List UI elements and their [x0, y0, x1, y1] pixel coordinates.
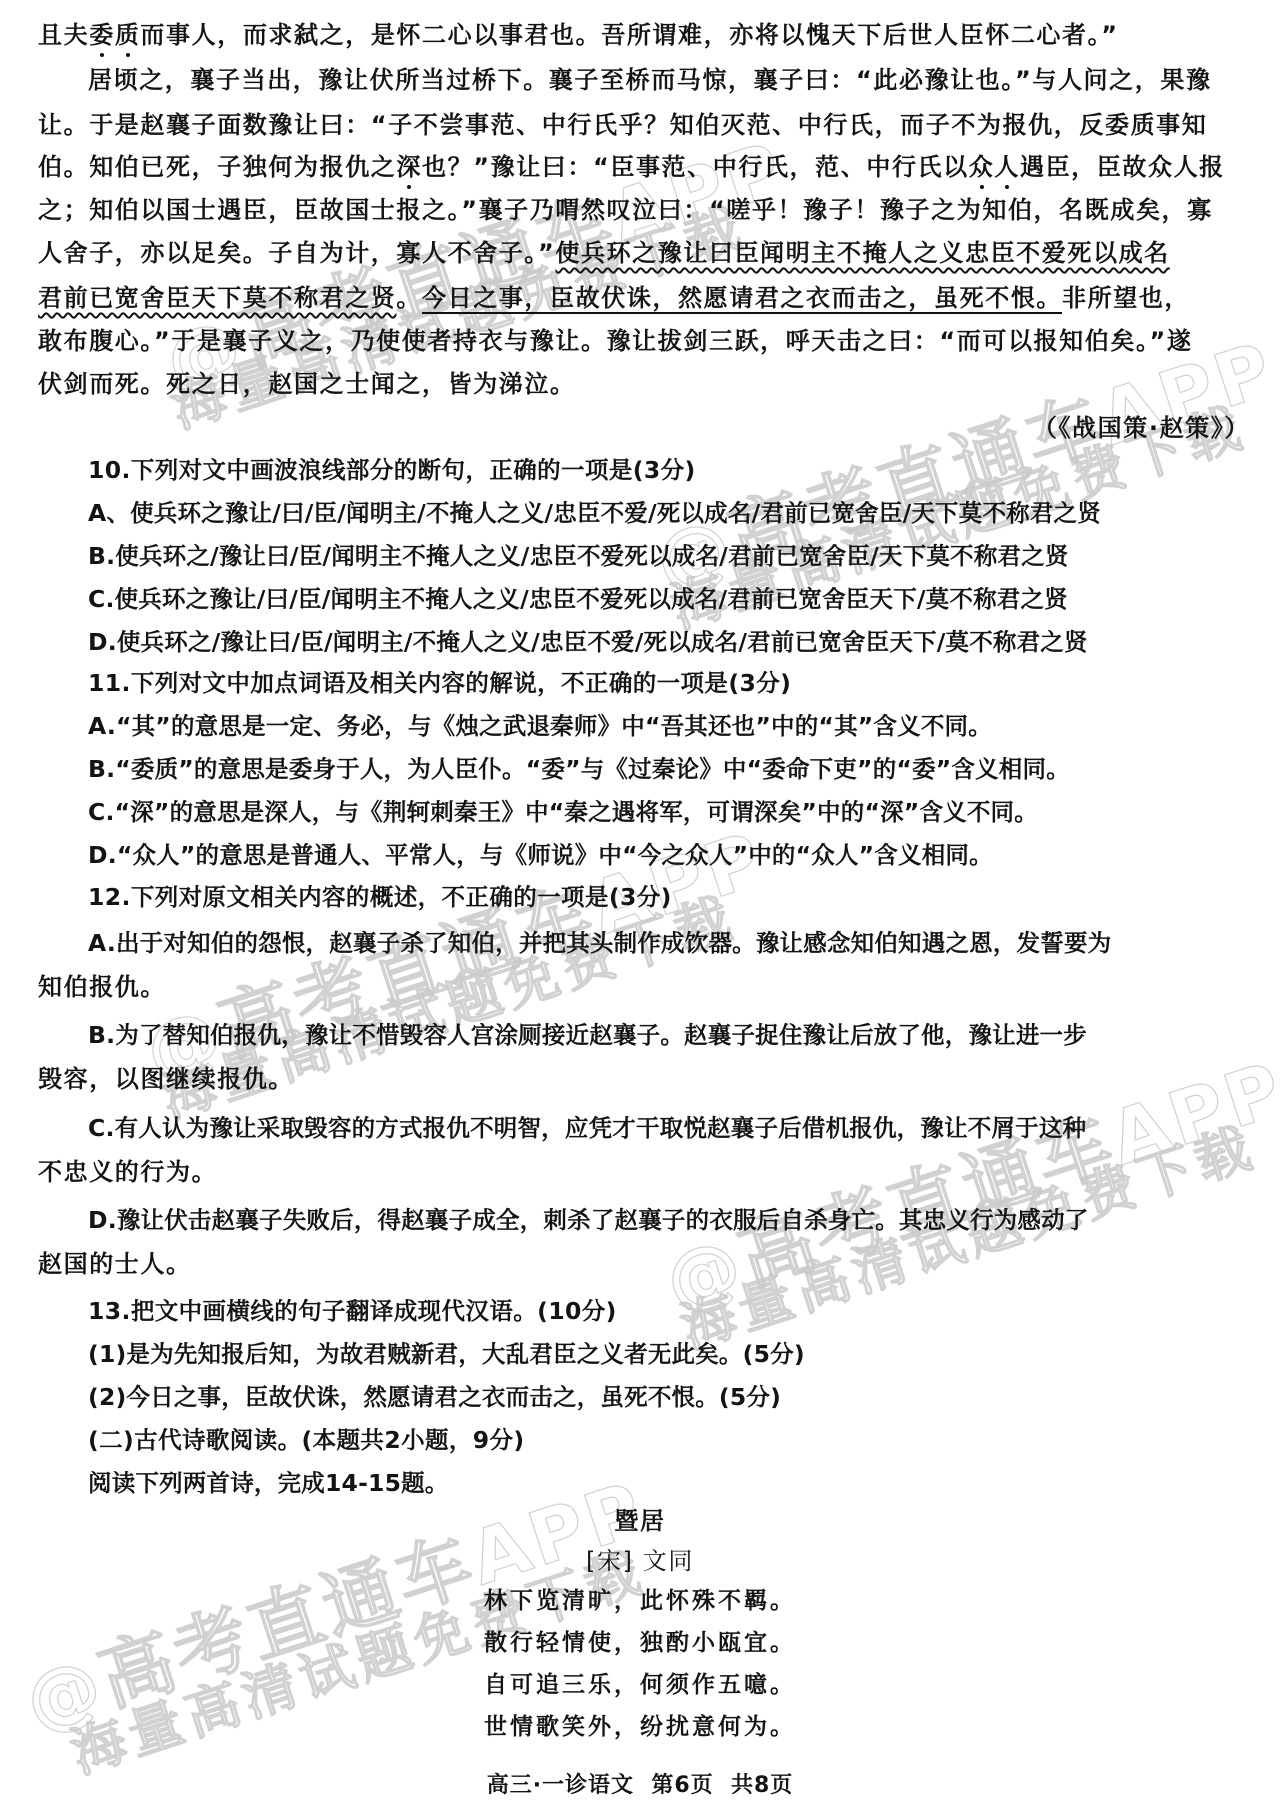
poem-line: 自可追三乐，何须作五噫。	[0, 1670, 1280, 1700]
straight-underlined-text: 今日之事，臣故伏诛，然愿请君之衣而击之，虽死不恨。	[422, 284, 1062, 312]
question-10-option-c: C.使兵环之豫让/曰/臣/闻明主不掩人之义/忠臣不爱死以成名/君前已宽舍臣天下/…	[88, 584, 1280, 614]
question-12-option-d: D.豫让伏击赵襄子失败后，得赵襄子成全，刺杀了赵襄子的衣服后自杀身亡。其忠义行为…	[88, 1205, 1280, 1235]
question-12-option-b: B.为了替知伯报仇，豫让不惜毁容人宫涂厕接近赵襄子。赵襄子捉住豫让后放了他，豫让…	[88, 1020, 1280, 1050]
poem-line: 散行轻情使，独酌小瓯宜。	[0, 1628, 1280, 1658]
passage-line: 伯。知伯已死，子独何为报仇之深也？”豫让曰：“臣事范、中行氏，范、中行氏以众人遇…	[38, 152, 1250, 182]
passage-line: 且夫委质而事人，而求弑之，是怀二心以事君也。吾所谓难，亦将以愧天下后世人臣怀二心…	[38, 20, 1250, 50]
emphasis-dot-char: 人	[994, 153, 1020, 181]
poem-title: 暨居	[0, 1506, 1280, 1536]
emphasis-dot-char: 众	[969, 153, 995, 181]
question-12-option-d-cont: 赵国的士人。	[38, 1249, 1250, 1279]
question-13-item-2: (2)今日之事，臣故伏诛，然愿请君之衣而击之，虽死不恨。(5分)	[88, 1382, 1280, 1412]
question-12-option-c: C.有人认为豫让采取毁容的方式报仇不明智，应凭才干取悦赵襄子后借机报仇，豫让不屑…	[88, 1113, 1280, 1143]
section-heading: (二)古代诗歌阅读。(本题共2小题，9分)	[88, 1425, 1280, 1455]
question-13-stem: 13.把文中画横线的句子翻译成现代汉语。(10分)	[88, 1296, 1280, 1326]
passage-line: 伏剑而死。死之日，赵国之士闻之，皆为涕泣。	[38, 369, 1250, 399]
passage-source: （《战国策·赵策》）	[38, 413, 1250, 443]
question-10-option-d: D.使兵环之/豫让曰/臣/闻明主/不掩人之义/忠臣不爱/死以成名/君前已宽舍臣天…	[88, 627, 1280, 657]
poem-line: 世情歌笑外，纷扰意何为。	[0, 1712, 1280, 1742]
question-11-option-a: A.“其”的意思是一定、务必，与《烛之武退秦师》中“吾其还也”中的“其”含义不同…	[88, 711, 1280, 741]
question-12-option-c-cont: 不忠义的行为。	[38, 1157, 1250, 1187]
passage-line: 君前已宽舍臣天下莫不称君之贤。今日之事，臣故伏诛，然愿请君之衣而击之，虽死不恨。…	[38, 283, 1250, 313]
poem-line: 林下览清旷，此怀殊不羁。	[0, 1586, 1280, 1616]
passage-line: 让。于是赵襄子面数豫让曰：“子不尝事范、中行氏乎？知伯灭范、中行氏，而子不为报仇…	[38, 110, 1250, 140]
question-11-stem: 11.下列对文中加点词语及相关内容的解说，不正确的一项是(3分)	[88, 668, 1280, 698]
question-13-item-1: (1)是为先知报后知，为故君贼新君，大乱君臣之义者无此矣。(5分)	[88, 1339, 1280, 1369]
emphasis-dot-char: 质	[115, 21, 141, 49]
emphasis-dot-char: 深	[396, 153, 422, 181]
exam-page: @高考直通车APP 海量高清试题免费下载 @高考直通车APP 海量高清试题免费下…	[0, 0, 1280, 1810]
question-12-option-b-cont: 毁容，以图继续报仇。	[38, 1064, 1250, 1094]
wavy-underlined-text: 君前已宽舍臣天下莫不称君之贤	[38, 284, 396, 312]
question-10-option-b: B.使兵环之/豫让曰/臣/闻明主不掩人之义/忠臣不爱死以成名/君前已宽舍臣/天下…	[88, 541, 1280, 571]
passage-line: 人舍子，亦以足矣。子自为计，寡人不舍子。”使兵环之豫让曰臣闻明主不掩人之义忠臣不…	[38, 238, 1250, 268]
question-12-stem: 12.下列对原文相关内容的概述，不正确的一项是(3分)	[88, 882, 1280, 912]
passage-line: 居顷之，襄子当出，豫让伏所当过桥下。襄子至桥而马惊，襄子曰：“此必豫让也。”与人…	[88, 65, 1250, 95]
wavy-underlined-text: 使兵环之豫让曰臣闻明主不掩人之义忠臣不爱死以成名	[555, 239, 1169, 267]
question-11-option-d: D.“众人”的意思是普通人、平常人，与《师说》中“今之众人”中的“众人”含义相同…	[88, 840, 1280, 870]
question-11-option-c: C.“深”的意思是深人，与《荆轲刺秦王》中“秦之遇将军，可谓深矣”中的“深”含义…	[88, 797, 1280, 827]
question-12-option-a-cont: 知伯报仇。	[38, 972, 1250, 1002]
page-footer: 高三·一诊语文 第6页 共8页	[0, 1771, 1280, 1801]
question-12-option-a: A.出于对知伯的怨恨，赵襄子杀了知伯，并把其头制作成饮器。豫让感念知伯知遇之恩，…	[88, 928, 1280, 958]
passage-line: 之；知伯以国士遇臣，臣故国士报之。”襄子乃喟然叹泣曰：“嗟乎！豫子！豫子之为知伯…	[38, 195, 1250, 225]
passage-line: 敢布腹心。”于是襄子义之，乃使使者持衣与豫让。豫让拔剑三跃，呼天击之曰：“而可以…	[38, 326, 1250, 356]
watermark-slogan: 海量高清试题免费下载	[150, 875, 744, 1134]
question-10-option-a: A、使兵环之豫让/曰/臣/闻明主/不掩人之义/忠臣不爱/死以成名/君前已宽舍臣/…	[88, 498, 1280, 528]
section-instruction: 阅读下列两首诗，完成14-15题。	[88, 1468, 1280, 1498]
poem-author: [宋] 文同	[0, 1546, 1280, 1576]
emphasis-dot-char: 委	[89, 21, 115, 49]
question-11-option-b: B.“委质”的意思是委身于人，为人臣仆。“委”与《过秦论》中“委命下吏”的“委”…	[88, 754, 1280, 784]
question-10-stem: 10.下列对文中画波浪线部分的断句，正确的一项是(3分)	[88, 455, 1280, 485]
